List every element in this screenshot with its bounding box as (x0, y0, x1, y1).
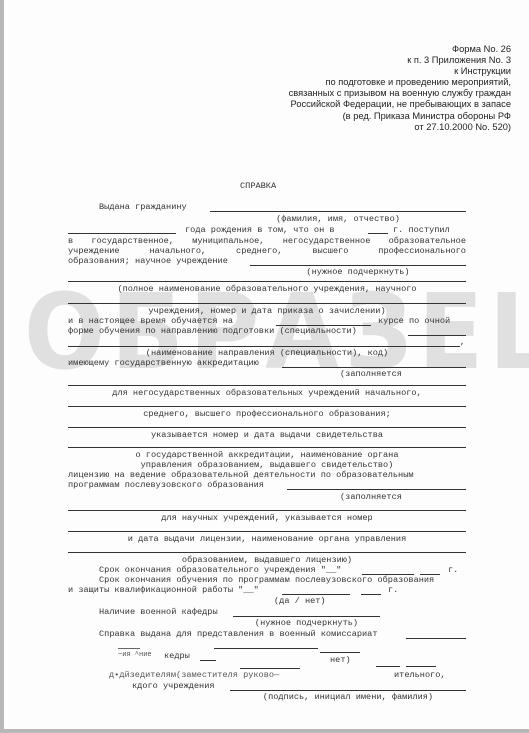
garbled-text-1b: нет) (330, 655, 351, 665)
garbled-field-3[interactable] (320, 652, 360, 653)
word: учреждение (68, 246, 120, 256)
accreditation-field[interactable] (282, 367, 466, 368)
institution-name-field-2[interactable] (68, 303, 466, 304)
enroll-year-field[interactable] (368, 233, 388, 234)
document-page: ОБРАЗЕЦ Форма No. 26 к п. 3 Приложения N… (4, 0, 529, 729)
science-label: образования; научное учреждение (68, 256, 228, 266)
year-suffix: г. (448, 565, 458, 575)
garbled-field-5[interactable] (376, 666, 400, 667)
yesno-hint: (да / нет) (274, 596, 326, 606)
scan-artifact-text: ~ия ^ние (118, 650, 152, 660)
word: высшего (312, 246, 348, 256)
scan-artifact (118, 648, 140, 649)
science-institution-field[interactable] (250, 265, 466, 266)
postgrad-month-field[interactable] (282, 594, 350, 595)
fill-hint-2: (заполняется (340, 492, 402, 502)
signature-hint: (подпись, инициал имени, фамилия) (230, 692, 466, 702)
license-label-2: программам послевузовского образования (68, 480, 264, 490)
military-dept-label: Наличие военной кафедры (99, 607, 218, 617)
header-line: по подготовке и проведению мероприятий, (289, 77, 511, 88)
direction-field-1[interactable] (408, 335, 466, 336)
direction-hint: (наименование направления (специальности… (68, 348, 466, 358)
garbled-text-1: кедры (164, 651, 190, 661)
garbled-text-2b: ительного, (394, 670, 446, 680)
garbled-field-1[interactable] (200, 660, 216, 661)
year-suffix-2: г. (388, 585, 398, 595)
header-line: от 27.10.2000 No. 520) (289, 122, 511, 133)
comma: , (460, 337, 465, 347)
license-field[interactable] (287, 489, 466, 490)
education-level-line: учреждение начального, среднего, высшего… (68, 246, 466, 256)
fullname-hint-1: (полное наименование образовательного уч… (68, 284, 466, 294)
license-field-2[interactable] (68, 510, 466, 511)
military-dept-field[interactable] (233, 616, 380, 617)
direction-label: форме обучения по направлению подготовки… (68, 326, 357, 336)
garbled-field-4[interactable] (240, 668, 300, 669)
nonstate-hint-4: о государственной аккредитации, наименов… (68, 450, 466, 460)
header-line: Российской Федерации, не пребывающих в з… (289, 99, 511, 110)
sci-hint-2: и дата выдачи лицензии, наименование орг… (68, 534, 466, 544)
form-header: Форма No. 26 к п. 3 Приложения No. 3 к И… (289, 44, 511, 133)
nonstate-hint-5: управления образованием, выдавшего свиде… (68, 460, 466, 470)
enrolled-label: г. поступил (393, 225, 450, 235)
header-line: (в ред. Приказа Министра обороны РФ (289, 111, 511, 122)
end-postgrad-label-1: Срок окончания обучения по программам по… (99, 575, 434, 585)
issued-for-label: Справка выдана для представления в военн… (99, 629, 377, 639)
commissariat-field[interactable] (406, 638, 466, 639)
header-line: связанных с призывом на военную службу г… (289, 88, 511, 99)
garbled-field-6[interactable] (406, 666, 436, 667)
sci-hint-3: образованием, выдавшего лицензию) (68, 555, 466, 565)
header-line: Форма No. 26 (289, 44, 511, 55)
birth-date-field[interactable] (68, 233, 176, 234)
fill-hint-1: (заполняется (340, 369, 402, 379)
issued-to-label: Выдана гражданину (99, 202, 187, 212)
nonstate-hint-2: среднего, высшего профессионального обра… (68, 409, 466, 419)
garbled-text-2a: д•дйзедителям(заместителя руково— (109, 670, 279, 680)
accreditation-field-5[interactable] (68, 447, 466, 448)
postgrad-year-field[interactable] (361, 594, 381, 595)
license-field-3[interactable] (68, 531, 466, 532)
sci-hint-1: для научных учреждений, указывается номе… (68, 513, 466, 523)
nonstate-hint-3: указывается номер и дата выдачи свидетел… (68, 430, 466, 440)
institution-name-field-1[interactable] (68, 281, 466, 282)
birth-label: года рождения в том, что он в (185, 225, 335, 235)
nonstate-hint-1: для негосударственных образовательных уч… (68, 388, 466, 398)
license-field-4[interactable] (68, 552, 466, 553)
accreditation-field-2[interactable] (68, 385, 466, 386)
accreditation-field-4[interactable] (68, 427, 466, 428)
fio-hint: (фамилия, имя, отчество) (210, 214, 466, 224)
header-line: к п. 3 Приложения No. 3 (289, 55, 511, 66)
signature-field[interactable] (230, 690, 466, 691)
word: начального, (149, 246, 206, 256)
document-title: СПРАВКА (240, 181, 276, 191)
fio-field[interactable] (210, 211, 466, 212)
direction-field-2[interactable] (68, 346, 460, 347)
accreditation-field-3[interactable] (68, 406, 466, 407)
word: профессионального (378, 246, 466, 256)
accreditation-label: имеющему государственную аккредитацию (68, 358, 259, 368)
course-form-label: курсе по очной (378, 316, 450, 326)
underline-hint: (нужное подчеркнуть) (250, 267, 466, 277)
end-institution-label: Срок окончания образовательного учрежден… (99, 565, 341, 575)
word: среднего, (236, 246, 282, 256)
header-line: к Инструкции (289, 66, 511, 77)
institution-type-line: в государственное, муниципальное, негосу… (68, 236, 466, 246)
fullname-hint-2: учреждения, номер и дата приказа о зачис… (68, 306, 466, 316)
end-postgrad-label-2: и защиты квалификационной работы "__" (68, 585, 259, 595)
garbled-text-3: кдого учреждения (132, 681, 215, 691)
course-label: и в настоящее время обучается на (68, 316, 233, 326)
garbled-field-2[interactable] (214, 648, 318, 649)
underline-hint-2: (нужное подчеркнуть) (233, 618, 380, 628)
license-label-1: лицензию на ведение образовательной деят… (68, 470, 414, 480)
